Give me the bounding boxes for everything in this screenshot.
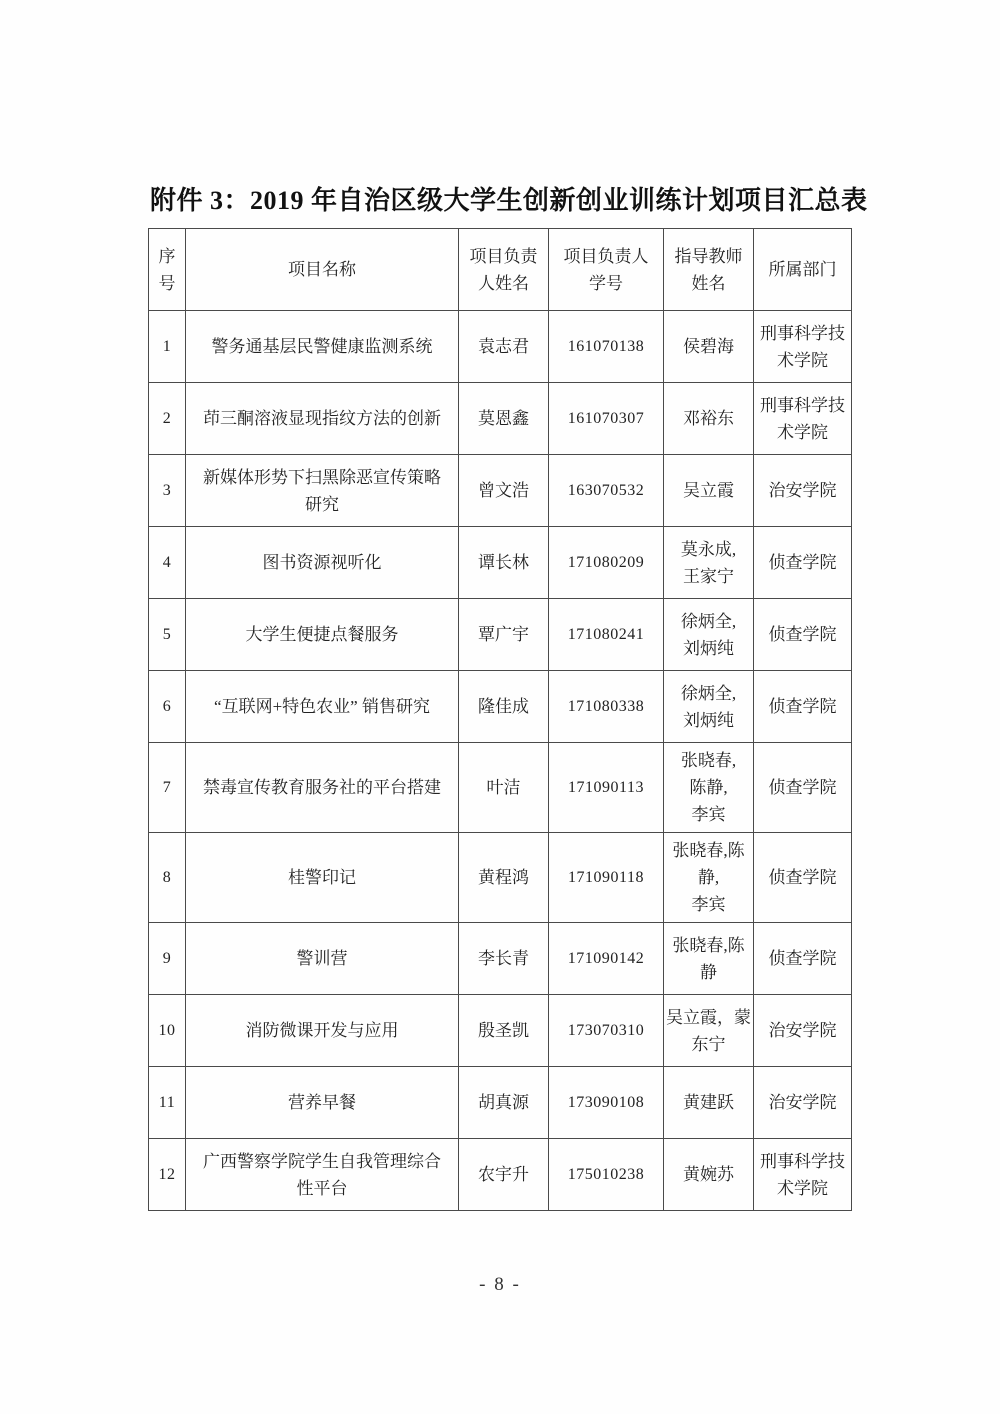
cell-advisor-name: 徐炳全, 刘炳纯 [664, 599, 754, 671]
cell-leader-id: 171080338 [549, 671, 664, 743]
cell-leader-name: 黄程鸿 [459, 833, 549, 923]
cell-index: 1 [149, 311, 186, 383]
table-row: 10 消防微课开发与应用 殷圣凯 173070310 吴立霞，蒙 东宁 治安学院 [149, 995, 852, 1067]
cell-project-name: 大学生便捷点餐服务 [186, 599, 459, 671]
cell-index: 8 [149, 833, 186, 923]
table-row: 2 茚三酮溶液显现指纹方法的创新 莫恩鑫 161070307 邓裕东 刑事科学技… [149, 383, 852, 455]
cell-leader-id: 171090142 [549, 923, 664, 995]
table-row: 11 营养早餐 胡真源 173090108 黄建跃 治安学院 [149, 1067, 852, 1139]
col-header-index: 序 号 [149, 229, 186, 311]
cell-leader-name: 农宇升 [459, 1139, 549, 1211]
cell-project-name: 广西警察学院学生自我管理综合 性平台 [186, 1139, 459, 1211]
cell-advisor-name: 张晓春,陈 静 [664, 923, 754, 995]
cell-leader-name: 殷圣凯 [459, 995, 549, 1067]
cell-leader-id: 161070307 [549, 383, 664, 455]
cell-department: 刑事科学技 术学院 [754, 383, 852, 455]
cell-index: 4 [149, 527, 186, 599]
cell-department: 侦查学院 [754, 527, 852, 599]
cell-advisor-name: 侯碧海 [664, 311, 754, 383]
cell-advisor-name: 吴立霞 [664, 455, 754, 527]
cell-leader-id: 173070310 [549, 995, 664, 1067]
table-row: 9 警训营 李长青 171090142 张晓春,陈 静 侦查学院 [149, 923, 852, 995]
cell-department: 治安学院 [754, 1067, 852, 1139]
cell-leader-name: 李长青 [459, 923, 549, 995]
cell-index: 11 [149, 1067, 186, 1139]
cell-project-name: 图书资源视听化 [186, 527, 459, 599]
cell-leader-name: 叶洁 [459, 743, 549, 833]
table-row: 8 桂警印记 黄程鸿 171090118 张晓春,陈 静, 李宾 侦查学院 [149, 833, 852, 923]
col-header-project-name: 项目名称 [186, 229, 459, 311]
page-number: - 8 - [0, 1274, 1000, 1296]
table-row: 7 禁毒宣传教育服务社的平台搭建 叶洁 171090113 张晓春, 陈静, 李… [149, 743, 852, 833]
cell-department: 侦查学院 [754, 923, 852, 995]
cell-leader-id: 163070532 [549, 455, 664, 527]
cell-index: 9 [149, 923, 186, 995]
table-row: 1 警务通基层民警健康监测系统 袁志君 161070138 侯碧海 刑事科学技 … [149, 311, 852, 383]
cell-project-name: 禁毒宣传教育服务社的平台搭建 [186, 743, 459, 833]
cell-leader-name: 隆佳成 [459, 671, 549, 743]
cell-leader-name: 覃广宇 [459, 599, 549, 671]
cell-index: 5 [149, 599, 186, 671]
cell-project-name: 警训营 [186, 923, 459, 995]
cell-leader-id: 175010238 [549, 1139, 664, 1211]
cell-leader-id: 161070138 [549, 311, 664, 383]
table-row: 4 图书资源视听化 谭长林 171080209 莫永成, 王家宁 侦查学院 [149, 527, 852, 599]
cell-department: 侦查学院 [754, 671, 852, 743]
cell-leader-name: 曾文浩 [459, 455, 549, 527]
cell-index: 12 [149, 1139, 186, 1211]
table-row: 6 “互联网+特色农业” 销售研究 隆佳成 171080338 徐炳全, 刘炳纯… [149, 671, 852, 743]
col-header-advisor-name: 指导教师 姓名 [664, 229, 754, 311]
cell-advisor-name: 张晓春,陈 静, 李宾 [664, 833, 754, 923]
col-header-leader-name: 项目负责 人姓名 [459, 229, 549, 311]
cell-leader-id: 171080209 [549, 527, 664, 599]
cell-department: 侦查学院 [754, 599, 852, 671]
cell-advisor-name: 莫永成, 王家宁 [664, 527, 754, 599]
cell-advisor-name: 黄婉苏 [664, 1139, 754, 1211]
table-row: 3 新媒体形势下扫黑除恶宣传策略 研究 曾文浩 163070532 吴立霞 治安… [149, 455, 852, 527]
cell-project-name: 营养早餐 [186, 1067, 459, 1139]
cell-project-name: 茚三酮溶液显现指纹方法的创新 [186, 383, 459, 455]
cell-department: 刑事科学技 术学院 [754, 1139, 852, 1211]
projects-summary-table: 序 号 项目名称 项目负责 人姓名 项目负责人 学号 指导教师 姓名 所属部门 … [148, 228, 852, 1211]
cell-department: 刑事科学技 术学院 [754, 311, 852, 383]
cell-index: 10 [149, 995, 186, 1067]
cell-index: 2 [149, 383, 186, 455]
cell-project-name: “互联网+特色农业” 销售研究 [186, 671, 459, 743]
cell-leader-id: 171090113 [549, 743, 664, 833]
cell-project-name: 新媒体形势下扫黑除恶宣传策略 研究 [186, 455, 459, 527]
col-header-department: 所属部门 [754, 229, 852, 311]
cell-advisor-name: 张晓春, 陈静, 李宾 [664, 743, 754, 833]
cell-advisor-name: 黄建跃 [664, 1067, 754, 1139]
cell-project-name: 消防微课开发与应用 [186, 995, 459, 1067]
document-title: 附件 3：2019 年自治区级大学生创新创业训练计划项目汇总表 [150, 180, 860, 217]
cell-department: 治安学院 [754, 455, 852, 527]
cell-leader-name: 胡真源 [459, 1067, 549, 1139]
cell-leader-id: 173090108 [549, 1067, 664, 1139]
table-row: 5 大学生便捷点餐服务 覃广宇 171080241 徐炳全, 刘炳纯 侦查学院 [149, 599, 852, 671]
cell-leader-name: 莫恩鑫 [459, 383, 549, 455]
table-header-row: 序 号 项目名称 项目负责 人姓名 项目负责人 学号 指导教师 姓名 所属部门 [149, 229, 852, 311]
cell-department: 侦查学院 [754, 833, 852, 923]
cell-leader-id: 171080241 [549, 599, 664, 671]
cell-leader-name: 谭长林 [459, 527, 549, 599]
cell-project-name: 桂警印记 [186, 833, 459, 923]
cell-advisor-name: 吴立霞，蒙 东宁 [664, 995, 754, 1067]
document-page: 附件 3：2019 年自治区级大学生创新创业训练计划项目汇总表 序 号 项目名称… [0, 0, 1000, 1414]
cell-index: 7 [149, 743, 186, 833]
cell-department: 治安学院 [754, 995, 852, 1067]
cell-project-name: 警务通基层民警健康监测系统 [186, 311, 459, 383]
cell-department: 侦查学院 [754, 743, 852, 833]
col-header-leader-id: 项目负责人 学号 [549, 229, 664, 311]
table-row: 12 广西警察学院学生自我管理综合 性平台 农宇升 175010238 黄婉苏 … [149, 1139, 852, 1211]
cell-advisor-name: 徐炳全, 刘炳纯 [664, 671, 754, 743]
cell-leader-id: 171090118 [549, 833, 664, 923]
cell-index: 3 [149, 455, 186, 527]
cell-advisor-name: 邓裕东 [664, 383, 754, 455]
cell-index: 6 [149, 671, 186, 743]
cell-leader-name: 袁志君 [459, 311, 549, 383]
